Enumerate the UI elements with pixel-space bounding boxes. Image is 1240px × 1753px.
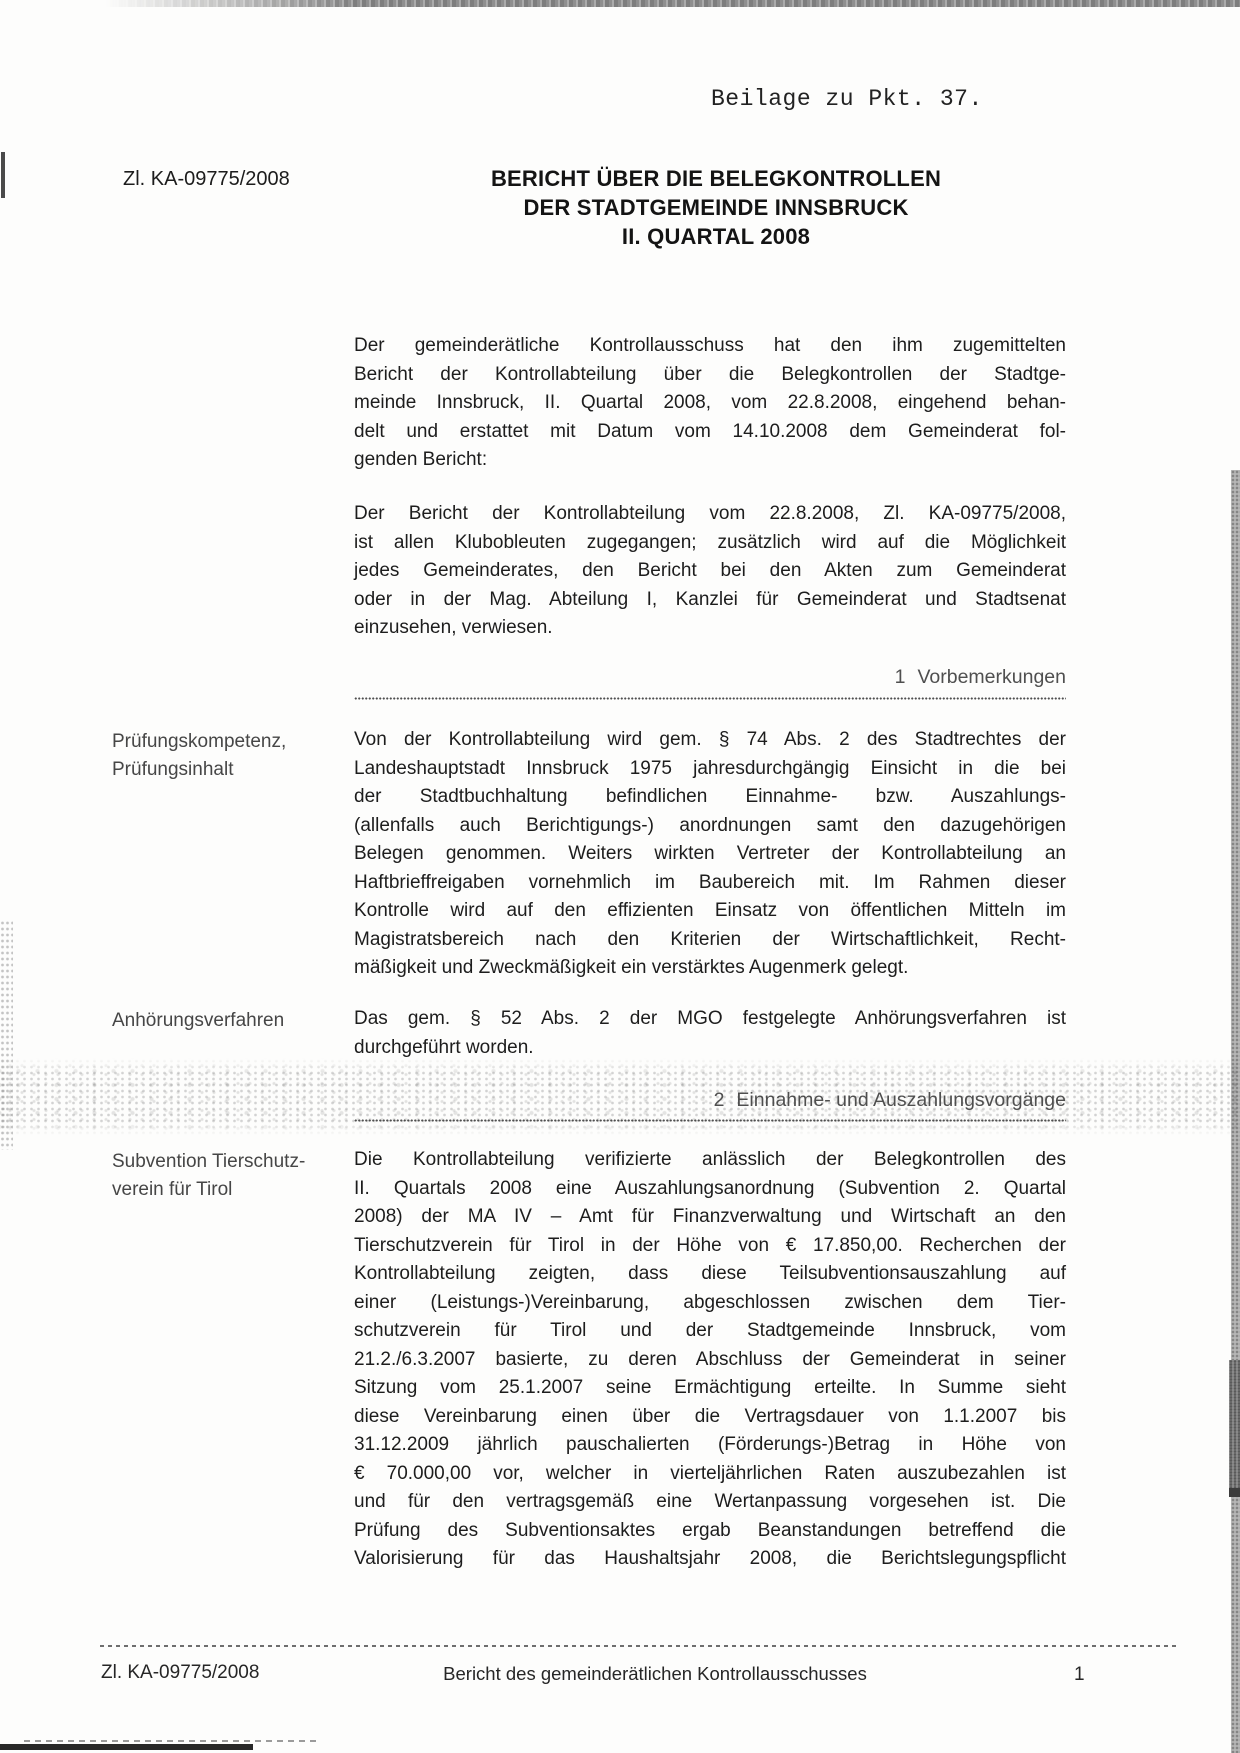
text-line: II. Quartals 2008 eine Auszahlungsanordn… [354, 1175, 1066, 1204]
section-2-title: Einnahme- und Auszahlungsvorgänge [736, 1089, 1066, 1111]
text-line: Der gemeinderätliche Kontrollausschuss h… [354, 332, 1066, 361]
text-line: schutzverein für Tirol und der Stadtgeme… [354, 1317, 1066, 1346]
text-line: Valorisierung für das Haushaltsjahr 2008… [354, 1545, 1066, 1574]
intro-paragraph-2: Der Bericht der Kontrollabteilung vom 22… [354, 500, 1066, 643]
text-line: Landeshauptstadt Innsbruck 1975 jahresdu… [354, 755, 1066, 784]
section-1-heading: 1Vorbemerkungen [354, 666, 1066, 689]
footer-rule [100, 1645, 1180, 1647]
section-2-rule [354, 1119, 1066, 1122]
text-line: 21.2./6.3.2007 basierte, zu deren Abschl… [354, 1346, 1066, 1375]
scanned-report-page: Beilage zu Pkt. 37. Zl. KA-09775/2008 BE… [0, 0, 1240, 1753]
text-line: diese Vereinbarung einen über die Vertra… [354, 1403, 1066, 1432]
section-1-number: 1 [895, 666, 906, 688]
text-line: Kontrolle wird auf den effizienten Einsa… [354, 897, 1066, 926]
text-line: einer (Leistungs-)Vereinbarung, abgeschl… [354, 1289, 1066, 1318]
scan-artifact-bottom-line-faint [24, 1740, 316, 1742]
footer-document-title: Bericht des gemeinderätlichen Kontrollau… [330, 1663, 980, 1685]
text-line: Das gem. § 52 Abs. 2 der MGO festgelegte… [354, 1005, 1066, 1034]
text-line: Kontrollabteilung zeigten, dass diese Te… [354, 1260, 1066, 1289]
intro-paragraph-1: Der gemeinderätliche Kontrollausschuss h… [354, 332, 1066, 475]
text-line: Tierschutzverein für Tirol in der Höhe v… [354, 1232, 1066, 1261]
text-line: 31.12.2009 jährlich pauschalierten (Förd… [354, 1431, 1066, 1460]
report-title-line: DER STADTGEMEINDE INNSBRUCK [360, 193, 1072, 222]
section-1-paragraph-pruefung: Von der Kontrollabteilung wird gem. § 74… [354, 726, 1066, 983]
text-line: meinde Innsbruck, II. Quartal 2008, vom … [354, 389, 1066, 418]
scan-artifact-left-speckle [0, 920, 13, 1150]
text-line: der Stadtbuchhaltung befindlichen Einnah… [354, 783, 1066, 812]
scan-artifact-bottom-line [0, 1744, 253, 1750]
scan-artifact-right-strip-black [1229, 1488, 1240, 1497]
margin-label-anhoerungsverfahren: Anhörungsverfahren [112, 1007, 344, 1035]
report-title: BERICHT ÜBER DIE BELEGKONTROLLENDER STAD… [360, 164, 1072, 251]
text-line: Der Bericht der Kontrollabteilung vom 22… [354, 500, 1066, 529]
text-line: Haftbrieffreigaben vornehmlich im Bauber… [354, 869, 1066, 898]
text-line: (allenfalls auch Berichtigungs-) anordnu… [354, 812, 1066, 841]
section-2-heading: 2Einnahme- und Auszahlungsvorgänge [354, 1089, 1066, 1112]
text-line: delt und erstattet mit Datum vom 14.10.2… [354, 418, 1066, 447]
text-line: jedes Gemeinderates, den Bericht bei den… [354, 557, 1066, 586]
reference-number: Zl. KA-09775/2008 [123, 168, 290, 191]
text-line: Bericht der Kontrollabteilung über die B… [354, 361, 1066, 390]
attachment-note: Beilage zu Pkt. 37. [711, 86, 983, 112]
text-line: Prüfung des Subventionsaktes ergab Beans… [354, 1517, 1066, 1546]
margin-label-subvention: Subvention Tierschutz- verein für Tirol [112, 1148, 344, 1204]
text-line: genden Bericht: [354, 446, 1066, 475]
section-1-paragraph-anhoerung: Das gem. § 52 Abs. 2 der MGO festgelegte… [354, 1005, 1066, 1062]
section-1-title: Vorbemerkungen [917, 666, 1066, 688]
footer-reference-number: Zl. KA-09775/2008 [101, 1662, 259, 1684]
text-line: Die Kontrollabteilung verifizierte anläs… [354, 1146, 1066, 1175]
report-title-line: II. QUARTAL 2008 [360, 222, 1072, 251]
text-line: einzusehen, verwiesen. [354, 614, 1066, 643]
section-1-rule [354, 697, 1066, 700]
text-line: durchgeführt worden. [354, 1034, 1066, 1063]
section-2-number: 2 [714, 1089, 725, 1111]
text-line: Von der Kontrollabteilung wird gem. § 74… [354, 726, 1066, 755]
margin-label-pruefungskompetenz: Prüfungskompetenz, Prüfungsinhalt [112, 728, 344, 784]
text-line: Belegen genommen. Weiters wirkten Vertre… [354, 840, 1066, 869]
scan-artifact-left-tick [1, 152, 5, 198]
report-title-line: BERICHT ÜBER DIE BELEGKONTROLLEN [360, 164, 1072, 193]
text-line: € 70.000,00 vor, welcher in vierteljährl… [354, 1460, 1066, 1489]
section-2-paragraph-subvention: Die Kontrollabteilung verifizierte anläs… [354, 1146, 1066, 1574]
text-line: oder in der Mag. Abteilung I, Kanzlei fü… [354, 586, 1066, 615]
text-line: Sitzung vom 25.1.2007 seine Ermächtigung… [354, 1374, 1066, 1403]
scan-artifact-top-edge [105, 0, 1240, 7]
text-line: 2008) der MA IV – Amt für Finanzverwaltu… [354, 1203, 1066, 1232]
footer-page-number: 1 [1074, 1664, 1085, 1686]
text-line: und für den vertragsgemäß eine Wertanpas… [354, 1488, 1066, 1517]
scan-artifact-right-strip-dark [1229, 1360, 1240, 1496]
text-line: ist allen Klubobleuten zugegangen; zusät… [354, 529, 1066, 558]
text-line: Magistratsbereich nach den Kriterien der… [354, 926, 1066, 955]
text-line: mäßigkeit und Zweckmäßigkeit ein verstär… [354, 954, 1066, 983]
